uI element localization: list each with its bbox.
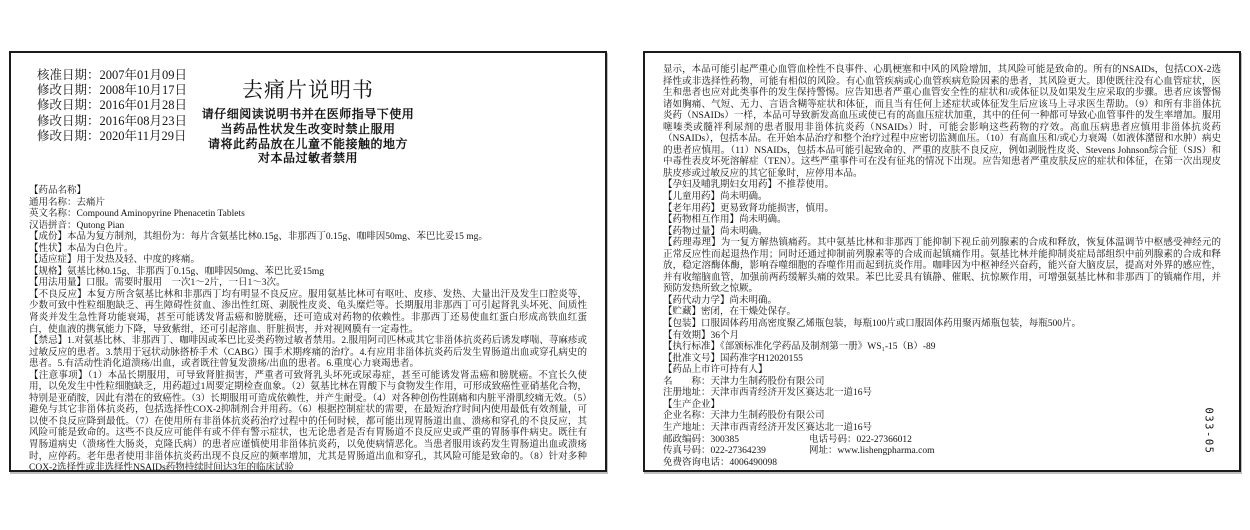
page2-body: 显示，本品可能引起严重心血管血栓性不良事件、心肌梗塞和中风的风险增加，其风险可能…	[645, 53, 1239, 469]
section-strength: 【规格】氨基比林0.15g、非那西丁0.15g、咖啡因50mg、苯巴比妥15mg	[29, 267, 587, 279]
fax-number: 传真号码：022-27364239	[663, 446, 809, 458]
leaflet-page-1: 核准日期：2007年01月09日 修改日期：2008年10月17日 修改日期：2…	[9, 51, 607, 472]
page1-body: 【药品名称】 通用名称：去痛片 英文名称：Compound Aminopyrin…	[11, 186, 605, 472]
batch-code: 033-05	[1202, 408, 1214, 455]
contact-row: 传真号码：022-27364239 网址：www.lishengpharma.c…	[663, 446, 1221, 458]
section-license-holder: 【药品上市许可持有人】	[663, 365, 1221, 377]
section-shelf-life: 【有效期】36个月	[663, 331, 1221, 343]
phone-number: 电话号码：022-27366012	[809, 435, 912, 447]
warning-line: 请将此药品放在儿童不能接触的地方	[11, 137, 605, 152]
section-dosage: 【用法用量】口服。需要时服用 一次1～2片，一日1～3次。	[29, 278, 587, 290]
holder-name: 名 称：天津力生制药股份有限公司	[663, 377, 1221, 389]
section-manufacturer: 【生产企业】	[663, 400, 1221, 412]
section-pregnancy: 【孕妇及哺乳期妇女用药】不推荐使用。	[663, 180, 1221, 192]
hotline: 免费咨询电话：4006490098	[663, 458, 1221, 470]
english-name: 英文名称：Compound Aminopyrine Phenacetin Tab…	[29, 209, 587, 221]
website: 网址：www.lishengpharma.com	[809, 446, 935, 458]
section-approval-number: 【批准文号】国药准字H12020155	[663, 354, 1221, 366]
section-description: 【性状】本品为白色片。	[29, 244, 587, 256]
section-precautions: 【注意事项】（1）本品长期服用，可导致肾脏损害，严重者可致肾乳头坏死或尿毒症，甚…	[29, 371, 587, 472]
section-ingredients: 【成份】本品为复方制剂，其组份为：每片含氨基比林0.15g、非那西丁0.15g、…	[29, 232, 587, 244]
warning-line: 请仔细阅读说明书并在医师指导下使用	[11, 107, 605, 122]
section-storage: 【贮藏】密闭，在干燥处保存。	[663, 307, 1221, 319]
manufacturer-address: 生产地址：天津市西青经济开发区赛达北一道16号	[663, 423, 1221, 435]
postal-code: 邮政编码：300385	[663, 435, 809, 447]
section-pharmacokinetics: 【药代动力学】尚未明确。	[663, 296, 1221, 308]
leaflet-page-2: 显示，本品可能引起严重心血管血栓性不良事件、心肌梗塞和中风的风险增加，其风险可能…	[643, 51, 1241, 472]
section-overdose: 【药物过量】尚未明确。	[663, 227, 1221, 239]
title-block: 去痛片说明书 请仔细阅读说明书并在医师指导下使用 当药品性状发生改变时禁止服用 …	[11, 79, 605, 166]
warning-line: 当药品性状发生改变时禁止服用	[11, 122, 605, 137]
manufacturer-name: 企业名称：天津力生制药股份有限公司	[663, 411, 1221, 423]
page-title: 去痛片说明书	[11, 79, 605, 102]
holder-address: 注册地址：天津市西青经济开发区赛达北一道16号	[663, 388, 1221, 400]
generic-name: 通用名称：去痛片	[29, 198, 587, 210]
section-indications: 【适应症】用于发热及轻、中度的疼痛。	[29, 255, 587, 267]
page1-header: 核准日期：2007年01月09日 修改日期：2008年10月17日 修改日期：2…	[11, 53, 605, 186]
warning-line: 对本品过敏者禁用	[11, 151, 605, 166]
precautions-continued: 显示，本品可能引起严重心血管血栓性不良事件、心肌梗塞和中风的风险增加，其风险可能…	[663, 65, 1221, 180]
section-interactions: 【药物相互作用】尚未明确。	[663, 215, 1221, 227]
section-drug-name: 【药品名称】	[29, 186, 587, 198]
leaflet-sheet: 核准日期：2007年01月09日 修改日期：2008年10月17日 修改日期：2…	[0, 0, 1250, 530]
contact-row: 邮政编码：300385 电话号码：022-27366012	[663, 435, 1221, 447]
section-adverse-reactions: 【不良反应】本复方所含氨基比林和非那西丁均有明显不良反应。服用氨基比林可有呕吐、…	[29, 290, 587, 336]
section-pharmacology: 【药理毒理】为一复方解热镇痛药。其中氨基比林和非那西丁能抑制下视丘前列腺素的合成…	[663, 238, 1221, 296]
section-standard: 【执行标准】《部颁标准化学药品及制剂第一册》WS₁-15（B）-89	[663, 342, 1221, 354]
pinyin-name: 汉语拼音：Qutong Pian	[29, 221, 587, 233]
section-contraindications: 【禁忌】1.对氨基比林、非那西丁、咖啡因或苯巴比妥类药物过敏者禁用。2.服用阿司…	[29, 336, 587, 371]
usage-warnings: 请仔细阅读说明书并在医师指导下使用 当药品性状发生改变时禁止服用 请将此药品放在…	[11, 107, 605, 166]
section-packaging: 【包装】口服固体药用高密度聚乙烯瓶包装，每瓶100片或口服固体药用聚丙烯瓶包装，…	[663, 319, 1221, 331]
section-geriatric: 【老年用药】更易致肾功能损害，慎用。	[663, 204, 1221, 216]
section-pediatric: 【儿童用药】尚未明确。	[663, 192, 1221, 204]
